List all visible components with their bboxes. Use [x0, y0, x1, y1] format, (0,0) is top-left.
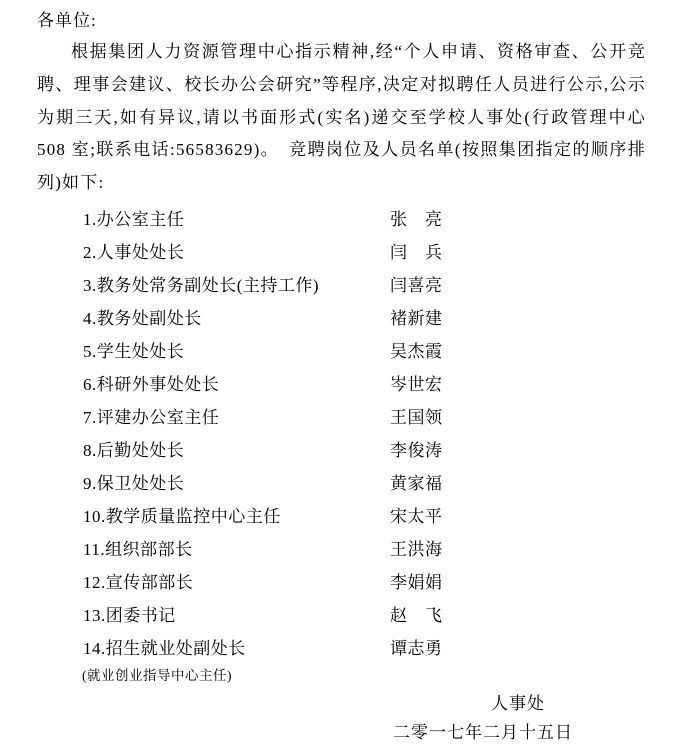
position-number: 4. — [83, 309, 97, 328]
candidate-name: 岑世宏 — [390, 368, 443, 401]
position-number: 3. — [83, 276, 97, 295]
candidate-name: 宋太平 — [390, 500, 443, 533]
candidate-name: 黄家福 — [390, 467, 443, 500]
candidate-name: 吴杰霞 — [390, 335, 443, 368]
position-number: 9. — [83, 474, 97, 493]
position-row: 8.后勤处处长李俊涛 — [37, 434, 646, 467]
position-row: 1.办公室主任张 亮 — [37, 203, 646, 236]
position-title: 办公室主任 — [97, 210, 185, 229]
candidate-name: 张 亮 — [390, 203, 443, 236]
position-row: 10.教学质量监控中心主任宋太平 — [37, 500, 646, 533]
position-number: 12. — [83, 573, 106, 592]
candidate-name: 王洪海 — [390, 533, 443, 566]
body-paragraph: 根据集团人力资源管理中心指示精神,经“个人申请、资格审查、公开竞聘、理事会建议、… — [37, 36, 646, 200]
signature-department: 人事处 — [37, 689, 646, 718]
position-number: 10. — [83, 507, 106, 526]
position-title: 保卫处处长 — [97, 474, 185, 493]
position-number: 11. — [83, 540, 105, 559]
position-row: 6.科研外事处处长岑世宏 — [37, 368, 646, 401]
position-number: 6. — [83, 375, 97, 394]
position-title: 团委书记 — [106, 606, 176, 625]
position-row: 12.宣传部部长李娟娟 — [37, 566, 646, 599]
note-line: (就业创业指导中心主任) — [37, 665, 646, 687]
position-row: 13.团委书记赵 飞 — [37, 599, 646, 632]
position-number: 5. — [83, 342, 97, 361]
position-title: 评建办公室主任 — [97, 408, 220, 427]
position-title: 招生就业处副处长 — [106, 639, 246, 658]
candidate-name: 赵 飞 — [390, 599, 443, 632]
position-title: 学生处处长 — [97, 342, 185, 361]
position-number: 2. — [83, 243, 97, 262]
candidate-name: 李俊涛 — [390, 434, 443, 467]
position-row: 4.教务处副处长褚新建 — [37, 302, 646, 335]
candidate-name: 褚新建 — [390, 302, 443, 335]
position-title: 宣传部部长 — [106, 573, 194, 592]
signature-date: 二零一七年二月十五日 — [37, 718, 646, 745]
position-number: 14. — [83, 639, 106, 658]
position-title: 人事处处长 — [97, 243, 185, 262]
candidate-name: 王国领 — [390, 401, 443, 434]
position-row: 14.招生就业处副处长谭志勇 — [37, 632, 646, 665]
position-title: 教学质量监控中心主任 — [106, 507, 281, 526]
position-number: 8. — [83, 441, 97, 460]
position-number: 13. — [83, 606, 106, 625]
position-title: 组织部部长 — [105, 540, 193, 559]
position-number: 1. — [83, 210, 97, 229]
position-row: 11.组织部部长王洪海 — [37, 533, 646, 566]
position-title: 后勤处处长 — [97, 441, 185, 460]
positions-list: 1.办公室主任张 亮 2.人事处处长闫 兵 3.教务处常务副处长(主持工作)闫喜… — [37, 203, 646, 687]
position-title: 教务处副处长 — [97, 309, 202, 328]
document-page: 各单位: 根据集团人力资源管理中心指示精神,经“个人申请、资格审查、公开竞聘、理… — [0, 0, 683, 745]
position-row: 2.人事处处长闫 兵 — [37, 236, 646, 269]
position-row: 9.保卫处处长黄家福 — [37, 467, 646, 500]
position-row: 3.教务处常务副处长(主持工作)闫喜亮 — [37, 269, 646, 302]
position-title: 教务处常务副处长(主持工作) — [97, 276, 319, 295]
candidate-name: 谭志勇 — [390, 632, 443, 665]
position-row: 7.评建办公室主任王国领 — [37, 401, 646, 434]
candidate-name: 闫喜亮 — [390, 269, 443, 302]
candidate-name: 闫 兵 — [390, 236, 443, 269]
position-title: 科研外事处处长 — [97, 375, 220, 394]
position-row: 5.学生处处长吴杰霞 — [37, 335, 646, 368]
salutation-line: 各单位: — [37, 6, 646, 36]
position-number: 7. — [83, 408, 97, 427]
signature-block: 人事处 二零一七年二月十五日 — [37, 689, 646, 745]
candidate-name: 李娟娟 — [390, 566, 443, 599]
